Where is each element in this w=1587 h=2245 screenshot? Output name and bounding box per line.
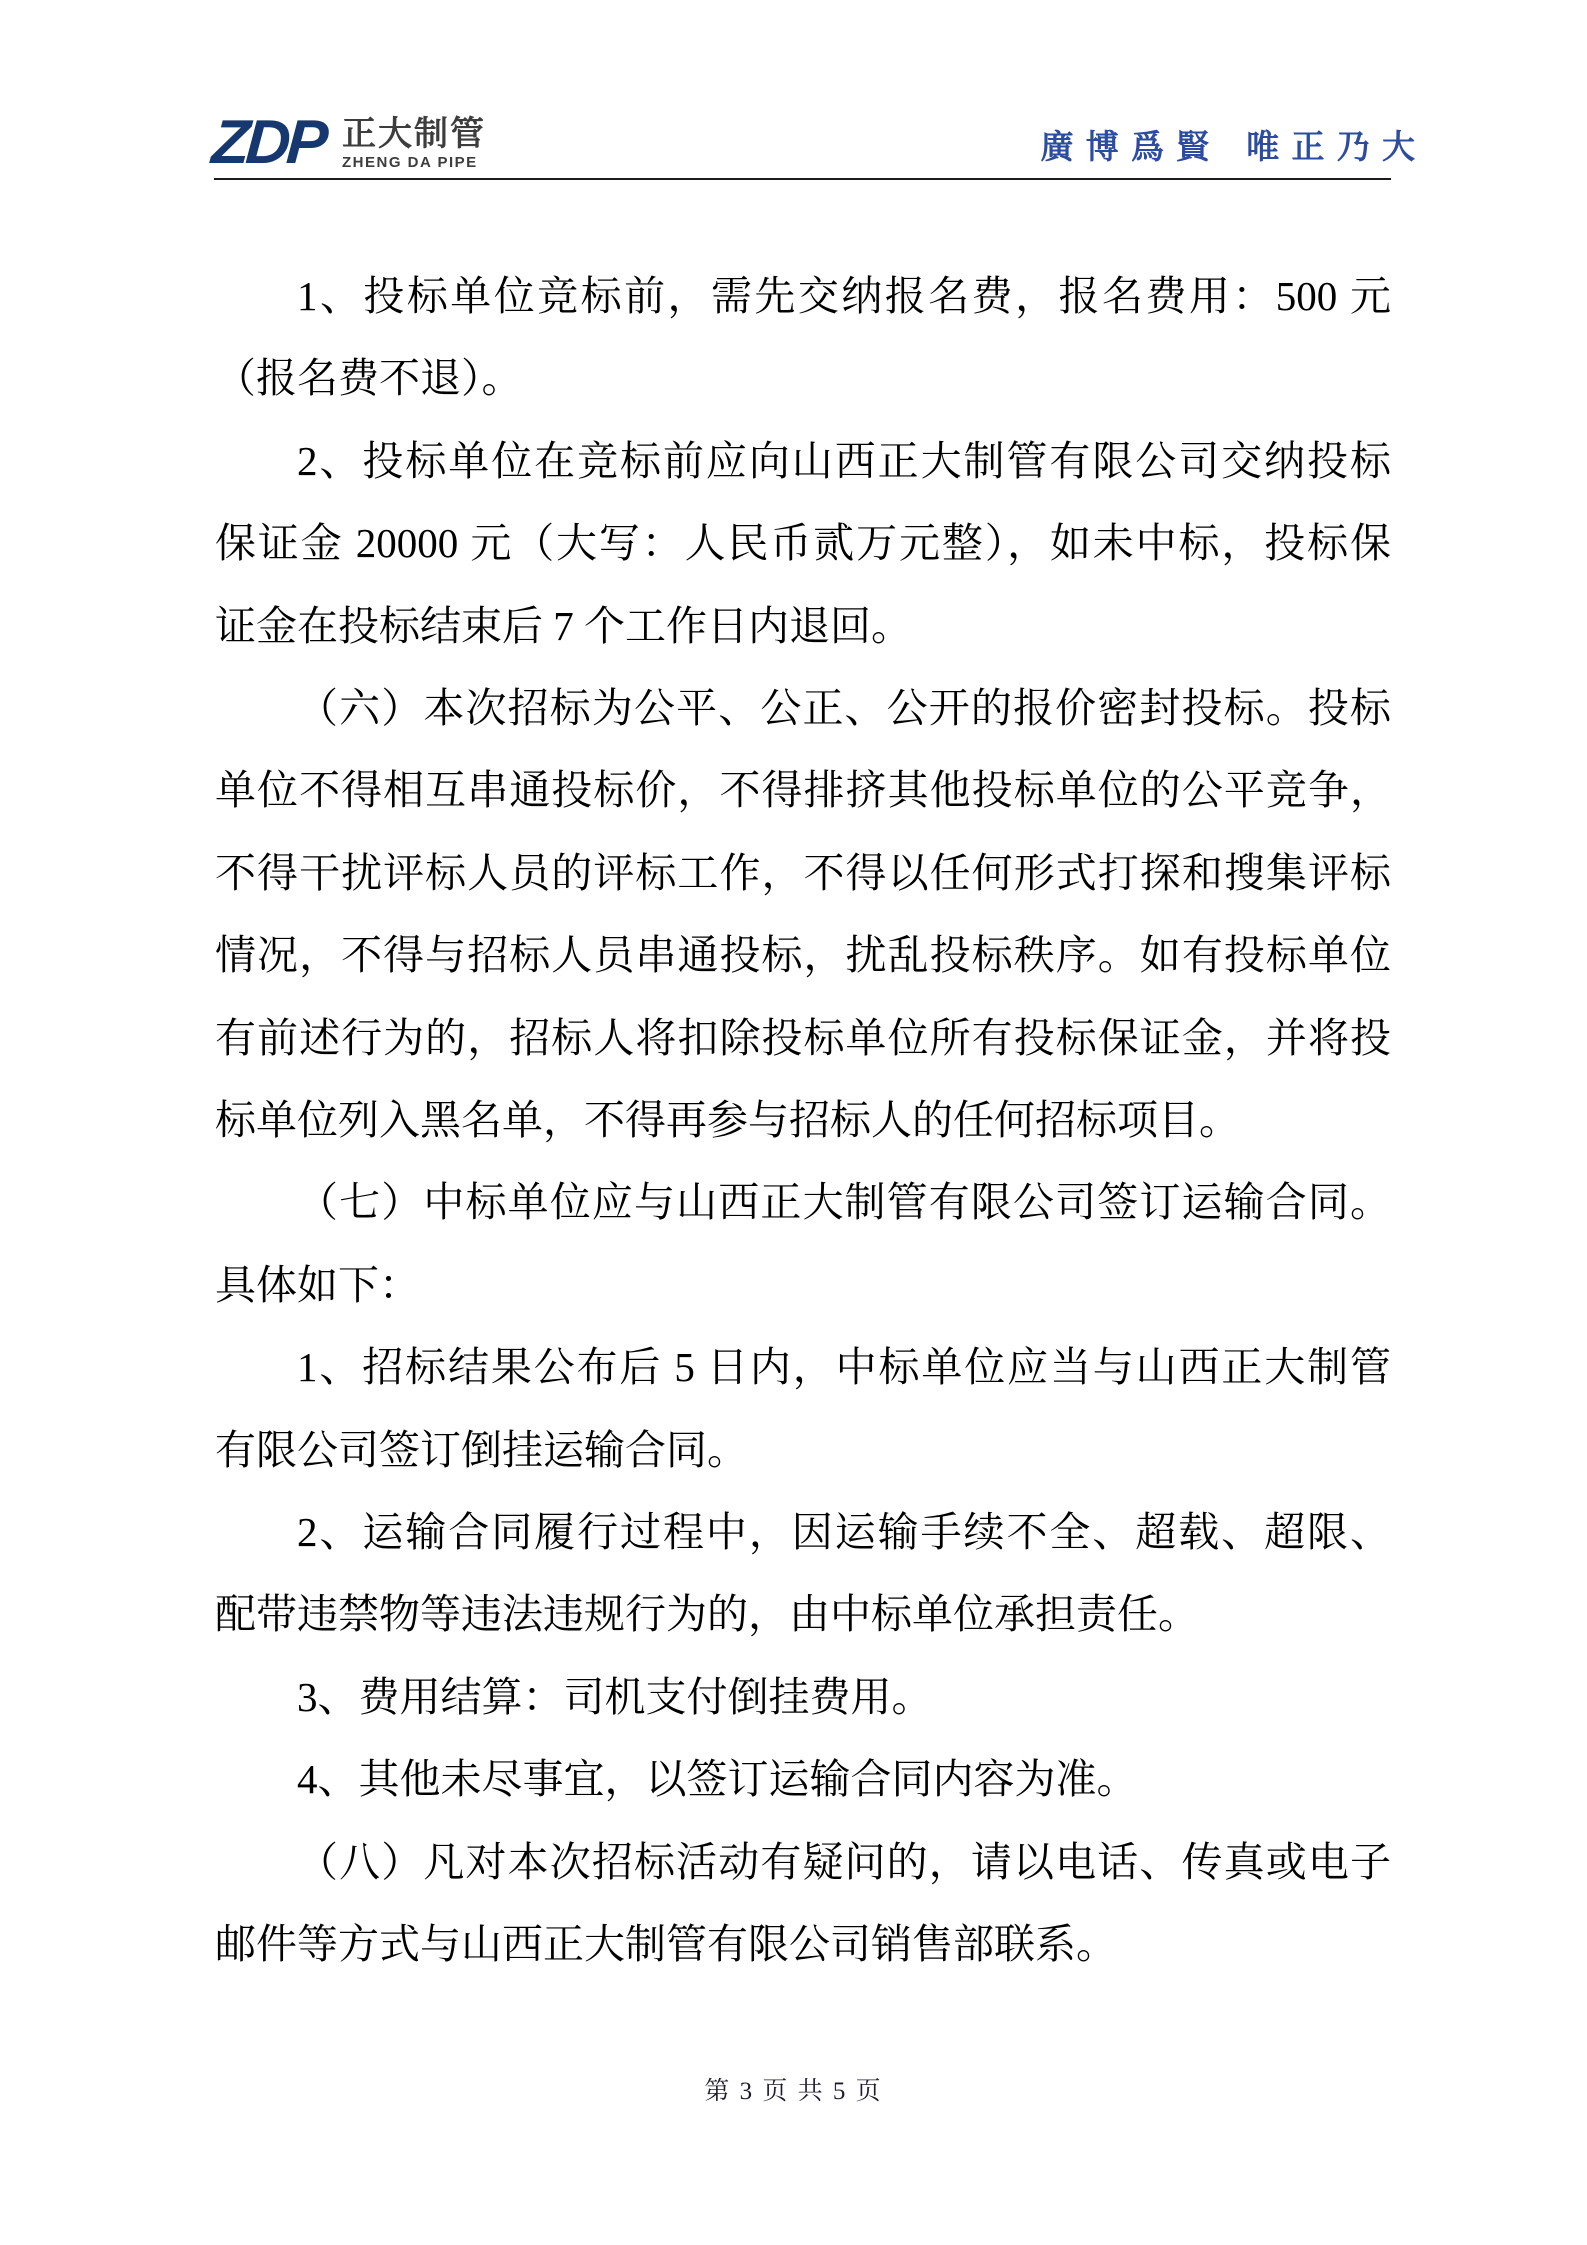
header-divider bbox=[214, 178, 1391, 180]
paragraph-line: 单位不得相互串通投标价，不得排挤其他投标单位的公平竞争， bbox=[215, 749, 1391, 831]
paragraph-line: 保证金 20000 元（大写：人民币贰万元整），如未中标，投标保 bbox=[215, 502, 1391, 584]
paragraph-line: 有限公司签订倒挂运输合同。 bbox=[215, 1409, 1391, 1491]
paragraph-line: （七）中标单位应与山西正大制管有限公司签订运输合同。 bbox=[215, 1161, 1391, 1243]
paragraph-line: 2、运输合同履行过程中，因运输手续不全、超载、超限、 bbox=[215, 1491, 1391, 1573]
document-page: ZDP 正大制管 ZHENG DA PIPE 廣 博 爲 賢 唯 正 乃 大 1… bbox=[0, 0, 1587, 2245]
document-body: 1、投标单位竞标前，需先交纳报名费，报名费用：500 元 （报名费不退）。 2、… bbox=[215, 255, 1391, 1985]
paragraph-line: 1、投标单位竞标前，需先交纳报名费，报名费用：500 元 bbox=[215, 255, 1391, 337]
logo-brand-english: ZHENG DA PIPE bbox=[342, 155, 486, 170]
paragraph-line: 邮件等方式与山西正大制管有限公司销售部联系。 bbox=[215, 1903, 1391, 1985]
company-logo: ZDP 正大制管 ZHENG DA PIPE bbox=[212, 112, 486, 174]
logo-zdp-mark: ZDP bbox=[210, 112, 326, 174]
paragraph-line: 3、费用结算：司机支付倒挂费用。 bbox=[215, 1656, 1391, 1738]
logo-brand-chinese: 正大制管 bbox=[342, 117, 486, 151]
company-slogan: 廣 博 爲 賢 唯 正 乃 大 bbox=[1041, 130, 1418, 166]
paragraph-line: 有前述行为的，招标人将扣除投标单位所有投标保证金，并将投 bbox=[215, 997, 1391, 1079]
paragraph-line: 2、投标单位在竞标前应向山西正大制管有限公司交纳投标 bbox=[215, 420, 1391, 502]
paragraph-line: 4、其他未尽事宜，以签订运输合同内容为准。 bbox=[215, 1738, 1391, 1820]
paragraph-line: 配带违禁物等违法违规行为的，由中标单位承担责任。 bbox=[215, 1573, 1391, 1655]
paragraph-line: （报名费不退）。 bbox=[215, 337, 1391, 419]
paragraph-line: （六）本次招标为公平、公正、公开的报价密封投标。投标 bbox=[215, 667, 1391, 749]
logo-brand-block: 正大制管 ZHENG DA PIPE bbox=[342, 117, 486, 170]
page-footer: 第 3 页 共 5 页 bbox=[0, 2076, 1587, 2109]
paragraph-line: 具体如下： bbox=[215, 1244, 1391, 1326]
paragraph-line: 情况，不得与招标人员串通投标，扰乱投标秩序。如有投标单位 bbox=[215, 914, 1391, 996]
paragraph-line: 不得干扰评标人员的评标工作，不得以任何形式打探和搜集评标 bbox=[215, 832, 1391, 914]
paragraph-line: 证金在投标结束后 7 个工作日内退回。 bbox=[215, 585, 1391, 667]
page-number: 第 3 页 共 5 页 bbox=[704, 2078, 882, 2105]
paragraph-line: （八）凡对本次招标活动有疑问的，请以电话、传真或电子 bbox=[215, 1821, 1391, 1903]
paragraph-line: 1、招标结果公布后 5 日内，中标单位应当与山西正大制管 bbox=[215, 1326, 1391, 1408]
paragraph-line: 标单位列入黑名单，不得再参与招标人的任何招标项目。 bbox=[215, 1079, 1391, 1161]
